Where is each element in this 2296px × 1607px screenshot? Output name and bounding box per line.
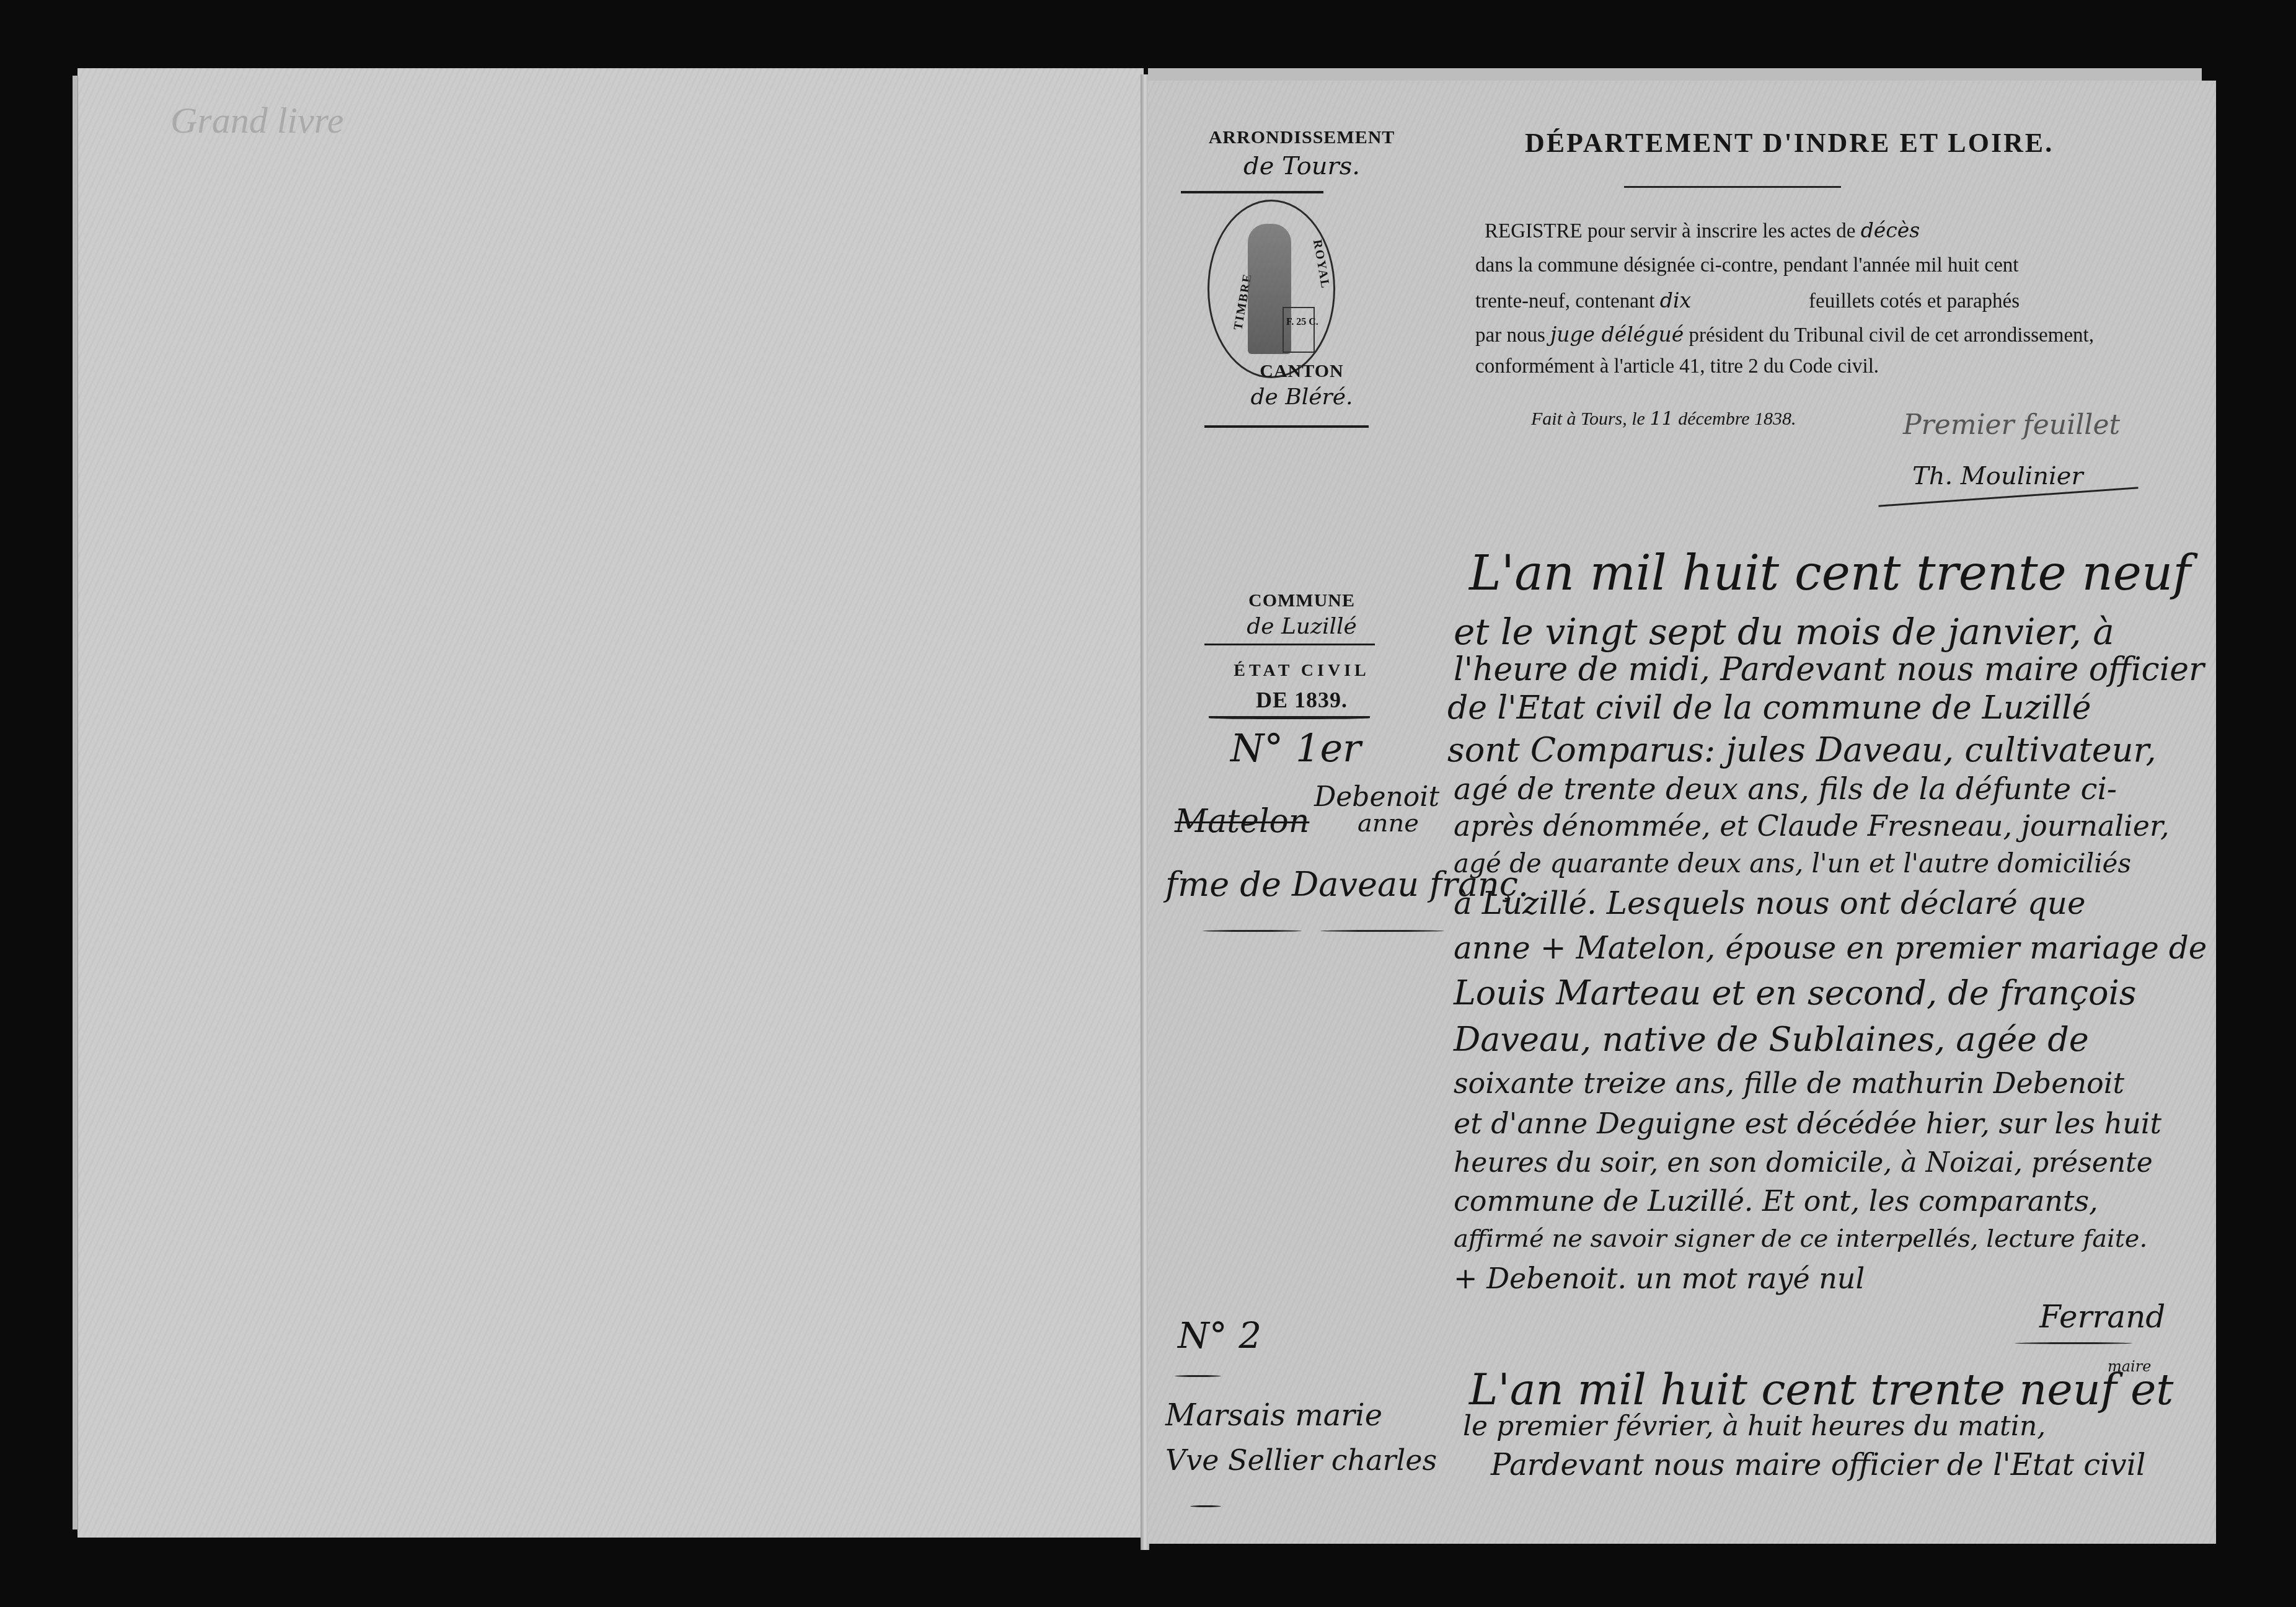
entry-1-line: Daveau, native de Sublaines, agée de (1454, 1020, 2089, 1059)
register-line-3b: feuillets cotés et paraphés (1809, 290, 2020, 312)
entry-1-margin-line2: anne (1358, 809, 1419, 838)
commune-value: de Luzillé (1165, 614, 1438, 639)
made-at-line: Fait à Tours, le 11 décembre 1838. (1531, 408, 1796, 430)
register-folio-count: dix (1660, 288, 1691, 312)
stamp-price: F. 25 C. (1286, 317, 1318, 328)
entry-1-line: commune de Luzillé. Et ont, les comparan… (1454, 1184, 2098, 1218)
judge-signature: Th. Moulinier (1912, 462, 2083, 490)
entry-1-line: anne + Matelon, épouse en premier mariag… (1454, 930, 2207, 966)
register-line-5: conformément à l'article 41, titre 2 du … (1475, 355, 1879, 378)
entry-1-line: et le vingt sept du mois de janvier, à (1454, 611, 2114, 653)
arrondissement-rule (1181, 191, 1323, 193)
etat-civil-label: ÉTAT CIVIL (1165, 661, 1438, 681)
title-ornament (1624, 186, 1841, 188)
entry-1-line: Louis Marteau et en second, de françois (1454, 973, 2136, 1012)
mayor-signature: Ferrand (2039, 1299, 2165, 1335)
arrondissement-label: ARRONDISSEMENT (1165, 127, 1438, 148)
entry-1-line: agé de trente deux ans, fils de la défun… (1454, 772, 2117, 807)
year-label: DE 1839. (1165, 687, 1438, 713)
register-line-3a: trente-neuf, contenant (1475, 290, 1660, 312)
entry-2-margin-line2: Vve Sellier charles (1165, 1443, 1437, 1477)
made-at-b: décembre 1838. (1674, 409, 1796, 429)
entry-1-line: sont Comparus: jules Daveau, cultivateur… (1447, 730, 2157, 769)
entry-1-line: de l'Etat civil de la commune de Luzillé (1447, 689, 2091, 727)
register-line-1-text: pour servir à inscrire les actes de (1583, 220, 1861, 242)
register-line-4b: président du Tribunal civil de cet arron… (1684, 324, 2094, 347)
made-at-a: Fait à Tours, le (1531, 409, 1649, 429)
entry-1-line: heures du soir, en son domicile, à Noiza… (1454, 1147, 2153, 1179)
entry-1-line: après dénommée, et Claude Fresneau, jour… (1454, 809, 2170, 843)
entry-1-line: agé de quarante deux ans, l'un et l'autr… (1454, 848, 2131, 879)
entry-1-flourish-left (1203, 930, 1302, 932)
canton-value: de Bléré. (1165, 384, 1438, 410)
stamp-plinth (1283, 307, 1315, 353)
register-line-1: REGISTRE pour servir à inscrire les acte… (1485, 218, 1920, 243)
register-act-type: décès (1861, 218, 1920, 242)
mayor-signature-flourish (2015, 1342, 2132, 1344)
register-judge-title: juge délégué (1550, 322, 1684, 347)
left-page-edge (73, 76, 78, 1530)
left-page: Grand livre (77, 68, 1144, 1538)
entry-2-flourish-bottom (1190, 1505, 1221, 1507)
faint-corner-annotation: Grand livre (170, 99, 343, 142)
register-line-2: dans la commune désignée ci-contre, pend… (1475, 254, 2018, 277)
entry-2-line: L'an mil huit cent trente neuf et (1469, 1364, 2173, 1415)
department-title: DÉPARTEMENT D'INDRE ET LOIRE. (1525, 127, 2054, 159)
canton-label: CANTON (1165, 361, 1438, 382)
canton-rule (1204, 425, 1369, 428)
entry-2-margin-line1: Marsais marie (1165, 1398, 1382, 1433)
commune-label: COMMUNE (1165, 590, 1438, 611)
year-ornament (1209, 716, 1370, 719)
made-at-day: 11 (1649, 408, 1673, 430)
first-folio-note: Premier feuillet (1903, 409, 2120, 441)
register-line-3: trente-neuf, contenant dixfeuillets coté… (1475, 288, 2020, 313)
register-line-4: par nous juge délégué président du Tribu… (1475, 322, 2094, 347)
entry-1-line: + Debenoit. un mot rayé nul (1454, 1262, 1865, 1295)
entry-1-margin-struck-name: Matelon (1175, 803, 1309, 840)
commune-rule (1204, 644, 1375, 645)
arrondissement-value: de Tours. (1165, 152, 1438, 180)
register-word: REGISTRE (1485, 220, 1583, 242)
entry-1-line: à Luzillé. Lesquels nous ont déclaré que (1454, 885, 2086, 921)
entry-2-line: le premier février, à huit heures du mat… (1463, 1410, 2046, 1442)
entry-1-line: affirmé ne savoir signer de ce interpell… (1454, 1224, 2147, 1253)
royal-stamp: TIMBRE ROYAL F. 25 C. (1208, 200, 1335, 378)
entry-1-line: L'an mil huit cent trente neuf (1469, 546, 2191, 601)
entry-2-flourish (1175, 1375, 1221, 1377)
register-line-4a: par nous (1475, 324, 1550, 347)
entry-1-margin-insert: Debenoit (1314, 781, 1439, 813)
entry-1-number: N° 1er (1230, 725, 1361, 771)
entry-1-flourish-right (1320, 930, 1444, 932)
entry-1-line: soixante treize ans, fille de mathurin D… (1454, 1066, 2124, 1100)
entry-2-number: N° 2 (1178, 1314, 1261, 1357)
entry-1-line: et d'anne Deguigne est décédée hier, sur… (1454, 1107, 2161, 1140)
entry-2-line: Pardevant nous maire officier de l'Etat … (1491, 1448, 2145, 1482)
entry-1-line: l'heure de midi, Pardevant nous maire of… (1454, 651, 2204, 688)
